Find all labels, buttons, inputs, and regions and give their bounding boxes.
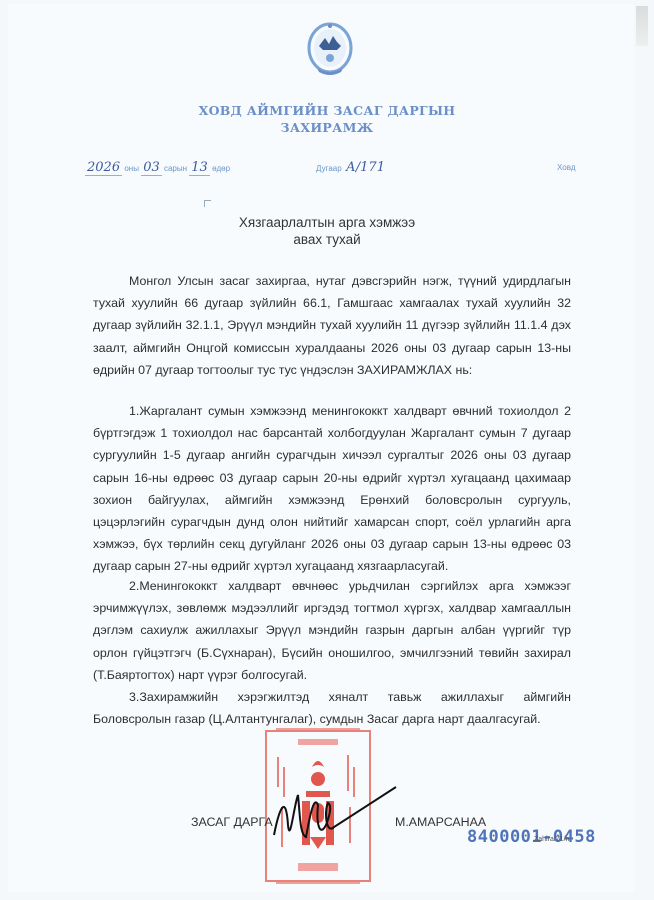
date-year: 2026 <box>85 160 122 176</box>
serial-number: 8400001-0458 <box>467 827 596 847</box>
intro-text: Монгол Улсын засаг захиргаа, нутаг дэвсг… <box>93 270 571 381</box>
signatory-title: ЗАСАГ ДАРГА <box>191 815 273 829</box>
intro-paragraph: Монгол Улсын засаг захиргаа, нутаг дэвсг… <box>93 270 571 381</box>
subject-line-1: Хязгаарлалтын арга хэмжээ <box>0 215 654 230</box>
subject-line-2: авах тухай <box>0 232 654 247</box>
document-type: ЗАХИРАМЖ <box>0 120 654 135</box>
number-field: Дугаар А/171 <box>316 160 387 175</box>
item-3: 3.Захирамжийн хэрэгжилтэд хяналт тавьж а… <box>93 686 571 730</box>
state-emblem-icon <box>307 22 353 78</box>
signature-icon <box>270 775 400 855</box>
date-day: 13 <box>189 160 210 176</box>
date-field: 2026 оны 03 сарын 13 өдөр <box>85 160 230 175</box>
day-suffix: өдөр <box>212 164 230 173</box>
item-2: 2.Менингококкт халдварт өвчнөөс урьдчила… <box>93 575 571 686</box>
file-reference: Zahira/71/n <box>534 836 569 843</box>
item-text: 3.Захирамжийн хэрэгжилтэд хяналт тавьж а… <box>93 686 571 730</box>
year-suffix: оны <box>124 164 139 173</box>
date-month: 03 <box>141 160 162 176</box>
document-number: А/171 <box>344 160 387 175</box>
org-title: ХОВД АЙМГИЙН ЗАСАГ ДАРГЫН <box>0 103 654 118</box>
place: Ховд <box>557 163 576 172</box>
number-label: Дугаар <box>316 164 342 173</box>
corner-mark <box>204 200 211 207</box>
scan-edge <box>636 6 648 46</box>
item-text: 2.Менингококкт халдварт өвчнөөс урьдчила… <box>93 575 571 686</box>
item-1: 1.Жаргалант сумын хэмжээнд менингококкт … <box>93 400 571 578</box>
month-suffix: сарын <box>164 164 187 173</box>
item-text: 1.Жаргалант сумын хэмжээнд менингококкт … <box>93 400 571 578</box>
